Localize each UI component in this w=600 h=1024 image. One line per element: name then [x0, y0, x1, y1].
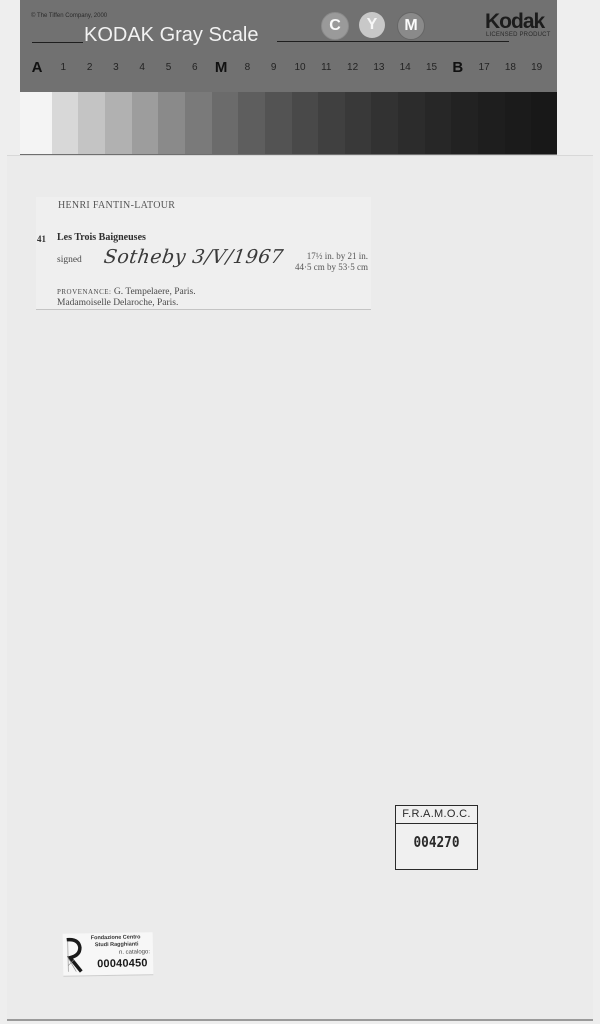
gray-patch — [185, 92, 212, 154]
scale-label: 2 — [87, 62, 93, 73]
lot-title: Les Trois Baigneuses — [57, 232, 146, 243]
cyan-dot-icon: C — [321, 12, 349, 40]
target-title: KODAK Gray Scale — [84, 24, 259, 47]
gray-patch — [371, 92, 398, 154]
lot-number: 41 — [37, 234, 46, 244]
gray-patch — [132, 92, 159, 154]
gray-patch — [52, 92, 79, 154]
label-line-3: n. catalogo: — [119, 949, 150, 956]
gray-patch — [345, 92, 372, 154]
title-rule-left — [32, 42, 83, 43]
scale-label: 1 — [61, 62, 67, 73]
dimensions-cm: 44·5 cm by 53·5 cm — [295, 262, 368, 272]
mount-top-edge — [7, 155, 593, 156]
copyright-text: © The Tiffen Company, 2000 — [31, 13, 107, 19]
scale-label: 9 — [271, 62, 277, 73]
scale-label: 10 — [294, 62, 305, 73]
gray-patch — [212, 92, 239, 154]
provenance-owner-1: G. Tempelaere, Paris. — [114, 287, 196, 297]
scale-label: 5 — [166, 62, 172, 73]
scale-label: 8 — [245, 62, 251, 73]
scale-label: 11 — [321, 62, 331, 73]
scale-label: A — [32, 59, 43, 76]
framoc-stamp: F.R.A.M.O.C. 004270 — [395, 805, 478, 870]
catalogue-number: 00040450 — [97, 957, 148, 970]
kodak-gray-scale-target: © The Tiffen Company, 2000 KODAK Gray Sc… — [20, 0, 557, 155]
scale-label: B — [452, 59, 463, 76]
scale-label: 3 — [113, 62, 119, 73]
gray-patch — [425, 92, 452, 154]
gray-patch — [478, 92, 505, 154]
target-header: © The Tiffen Company, 2000 KODAK Gray Sc… — [20, 0, 557, 92]
provenance-line-2: Madamoiselle Delaroche, Paris. — [57, 298, 178, 308]
gray-patch — [105, 92, 132, 154]
catalogue-clipping: HENRI FANTIN-LATOUR 41 Les Trois Baigneu… — [36, 197, 371, 310]
gray-patch — [451, 92, 478, 154]
title-rule-right — [277, 41, 509, 42]
scale-label: 6 — [192, 62, 198, 73]
gray-patch — [20, 92, 52, 154]
scale-label: 14 — [400, 62, 411, 73]
scale-label: M — [215, 59, 228, 76]
stamp-header: F.R.A.M.O.C. — [396, 806, 477, 824]
scale-label: 18 — [505, 62, 516, 73]
gray-patch — [78, 92, 105, 154]
gray-patch — [292, 92, 319, 154]
scale-label: 13 — [373, 62, 384, 73]
handwritten-note: Sotheby 3/V/1967 — [102, 246, 285, 268]
magenta-dot-icon: M — [397, 12, 425, 40]
signed-text: signed — [57, 255, 82, 265]
label-line-1: Fondazione Centro — [91, 934, 141, 941]
gray-patches — [20, 92, 557, 154]
scale-label: 19 — [531, 62, 542, 73]
kodak-logo: Kodak — [485, 10, 544, 34]
gray-patch — [531, 92, 557, 154]
stamp-number: 004270 — [402, 833, 471, 851]
provenance-label: PROVENANCE: — [57, 288, 112, 296]
scale-label: 17 — [479, 62, 490, 73]
gray-patch — [398, 92, 425, 154]
gray-patch — [318, 92, 345, 154]
gray-patch — [158, 92, 185, 154]
scale-label: 12 — [347, 62, 358, 73]
ragghianti-r-logo-icon — [64, 935, 87, 973]
provenance-line-1: PROVENANCE: G. Tempelaere, Paris. — [57, 287, 196, 297]
scale-labels: A123456M89101112131415B171819 — [20, 62, 557, 82]
scale-label: 4 — [139, 62, 145, 73]
dimensions-inches: 17½ in. by 21 in. — [307, 251, 368, 261]
gray-patch — [238, 92, 265, 154]
licensed-product-text: LICENSED PRODUCT — [486, 32, 551, 38]
gray-patch — [265, 92, 292, 154]
artist-name: HENRI FANTIN-LATOUR — [58, 200, 175, 211]
label-line-2: Studi Ragghianti — [95, 941, 139, 948]
yellow-dot-icon: Y — [359, 12, 385, 38]
archive-catalogue-label: Fondazione Centro Studi Ragghianti n. ca… — [63, 932, 154, 977]
gray-patch — [505, 92, 532, 154]
scale-label: 15 — [426, 62, 437, 73]
